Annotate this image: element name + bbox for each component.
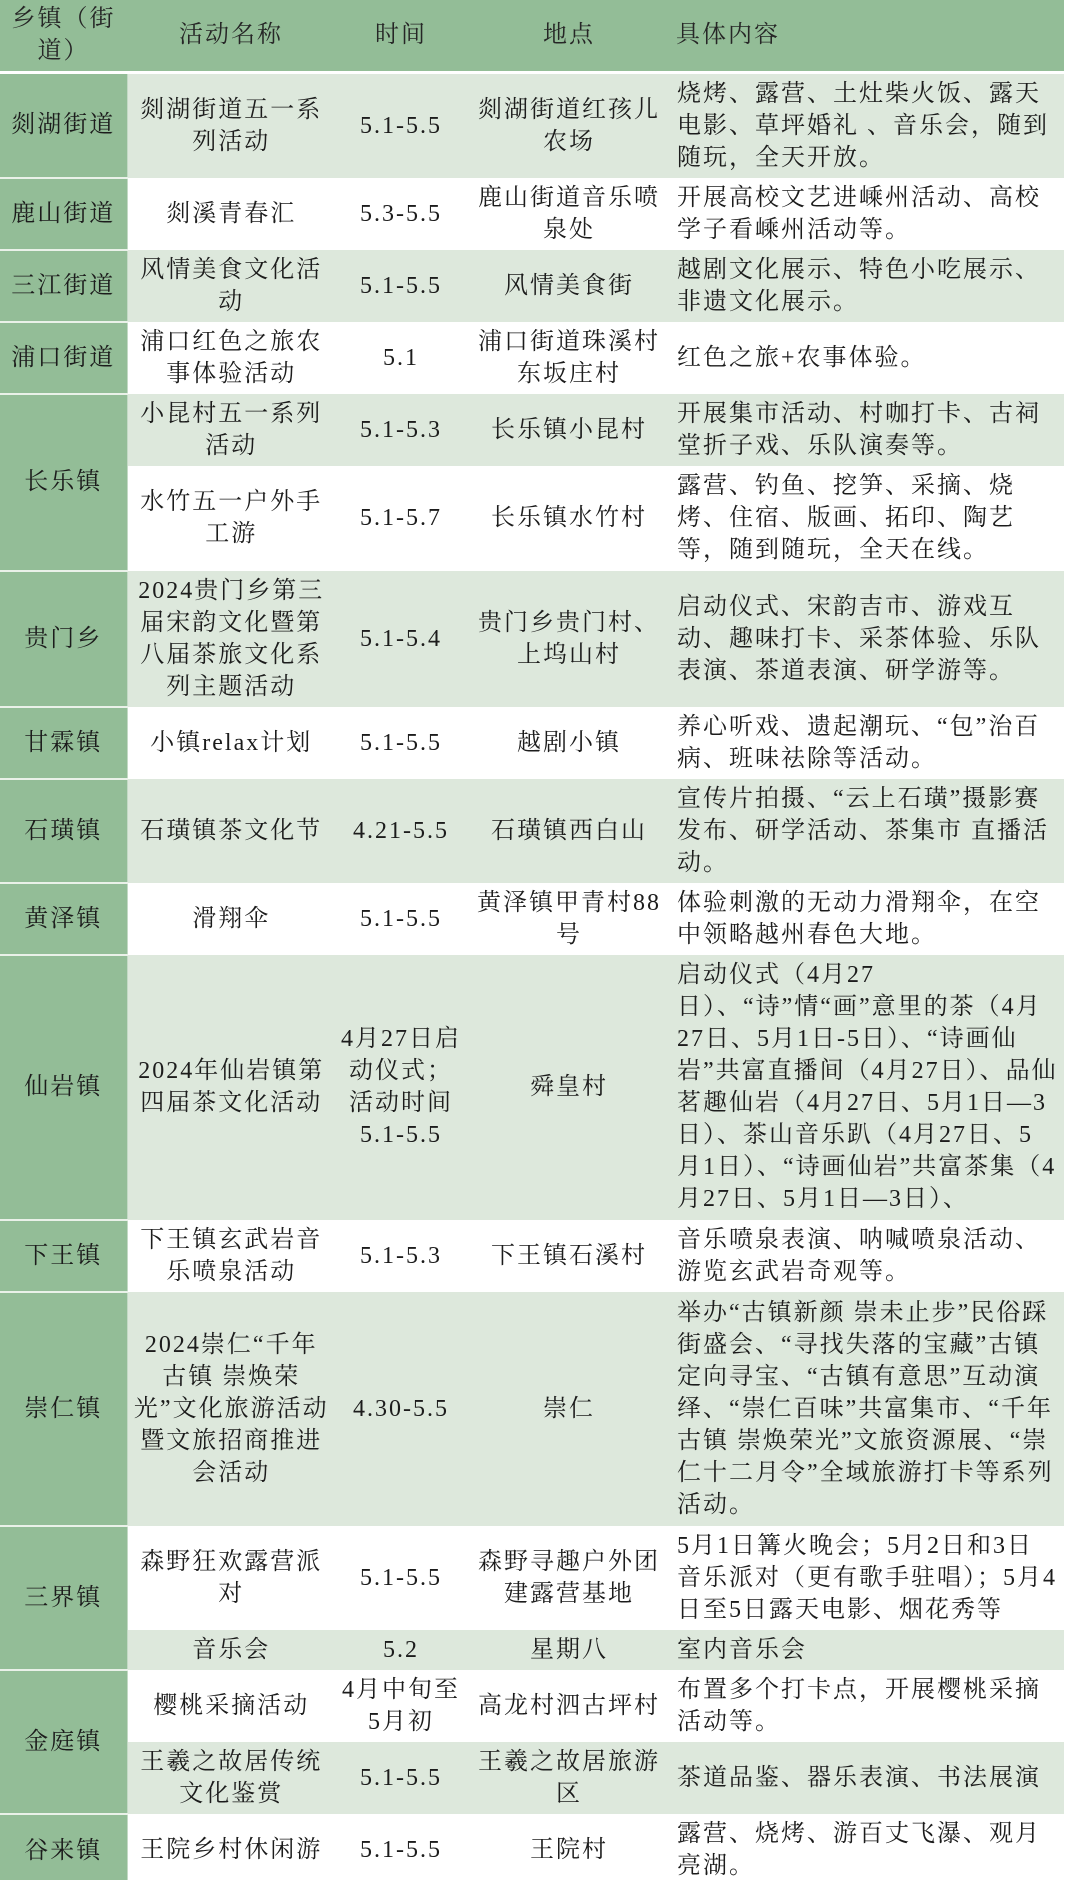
- activity-name-cell: 下王镇玄武岩音乐喷泉活动: [127, 1220, 335, 1292]
- content-cell: 启动仪式、宋韵吉市、游戏互动、趣味打卡、采茶体验、乐队表演、茶道表演、研学游等。: [671, 571, 1064, 707]
- town-cell: 三江街道: [0, 250, 127, 322]
- location-cell: 黄泽镇甲青村88号: [467, 883, 671, 955]
- activity-name-cell: 小昆村五一系列活动: [127, 394, 335, 466]
- time-cell: 4.21-5.5: [335, 779, 467, 883]
- table-row: 三界镇 森野狂欢露营派对 5.1-5.5 森野寻趣户外团建露营基地 5月1日篝火…: [0, 1526, 1064, 1630]
- location-cell: 越剧小镇: [467, 707, 671, 779]
- location-cell: 崇仁: [467, 1292, 671, 1526]
- time-cell: 5.1-5.5: [335, 1526, 467, 1630]
- town-cell: 鹿山街道: [0, 178, 127, 250]
- location-cell: 舜皇村: [467, 955, 671, 1220]
- time-cell: 5.1-5.7: [335, 466, 467, 571]
- time-cell: 5.1-5.3: [335, 394, 467, 466]
- activity-name-cell: 2024年仙岩镇第四届茶文化活动: [127, 955, 335, 1220]
- table-row: 剡湖街道 剡湖街道五一系列活动 5.1-5.5 剡湖街道红孩儿农场 烧烤、露营、…: [0, 72, 1064, 178]
- table-row: 仙岩镇 2024年仙岩镇第四届茶文化活动 4月27日启动仪式；活动时间5.1-5…: [0, 955, 1064, 1220]
- table-row: 长乐镇 小昆村五一系列活动 5.1-5.3 长乐镇小昆村 开展集市活动、村咖打卡…: [0, 394, 1064, 466]
- activity-name-cell: 风情美食文化活动: [127, 250, 335, 322]
- content-cell: 5月1日篝火晚会；5月2日和3日音乐派对（更有歌手驻唱）；5月4日至5日露天电影…: [671, 1526, 1064, 1630]
- table-row: 水竹五一户外手工游 5.1-5.7 长乐镇水竹村 露营、钓鱼、挖笋、采摘、烧烤、…: [0, 466, 1064, 571]
- content-cell: 红色之旅+农事体验。: [671, 322, 1064, 394]
- content-cell: 宣传片拍摄、“云上石璜”摄影赛发布、研学活动、茶集市 直播活动。: [671, 779, 1064, 883]
- time-cell: 5.1-5.3: [335, 1220, 467, 1292]
- activity-name-cell: 王院乡村休闲游: [127, 1814, 335, 1880]
- time-cell: 5.1-5.5: [335, 1814, 467, 1880]
- content-cell: 越剧文化展示、特色小吃展示、非遗文化展示。: [671, 250, 1064, 322]
- content-cell: 音乐喷泉表演、呐喊喷泉活动、游览玄武岩奇观等。: [671, 1220, 1064, 1292]
- location-cell: 浦口街道珠溪村东坂庄村: [467, 322, 671, 394]
- town-cell: 谷来镇: [0, 1814, 127, 1880]
- time-cell: 4月27日启动仪式；活动时间5.1-5.5: [335, 955, 467, 1220]
- town-cell: 剡湖街道: [0, 72, 127, 178]
- activity-name-cell: 2024贵门乡第三届宋韵文化暨第八届茶旅文化系列主题活动: [127, 571, 335, 707]
- activity-name-cell: 剡溪青春汇: [127, 178, 335, 250]
- content-cell: 布置多个打卡点，开展樱桃采摘活动等。: [671, 1670, 1064, 1742]
- location-cell: 森野寻趣户外团建露营基地: [467, 1526, 671, 1630]
- location-cell: 高龙村泗古坪村: [467, 1670, 671, 1742]
- time-cell: 4月中旬至5月初: [335, 1670, 467, 1742]
- content-cell: 室内音乐会: [671, 1630, 1064, 1670]
- activity-name-cell: 王羲之故居传统文化鉴赏: [127, 1742, 335, 1814]
- time-cell: 5.2: [335, 1630, 467, 1670]
- activity-name-cell: 浦口红色之旅农事体验活动: [127, 322, 335, 394]
- location-cell: 剡湖街道红孩儿农场: [467, 72, 671, 178]
- header-activity-name: 活动名称: [127, 0, 335, 72]
- header-row: 乡镇（街道） 活动名称 时间 地点 具体内容: [0, 0, 1064, 72]
- location-cell: 石璜镇西白山: [467, 779, 671, 883]
- time-cell: 5.1-5.5: [335, 707, 467, 779]
- time-cell: 4.30-5.5: [335, 1292, 467, 1526]
- time-cell: 5.1-5.5: [335, 1742, 467, 1814]
- content-cell: 开展集市活动、村咖打卡、古祠堂折子戏、乐队演奏等。: [671, 394, 1064, 466]
- table-row: 贵门乡 2024贵门乡第三届宋韵文化暨第八届茶旅文化系列主题活动 5.1-5.4…: [0, 571, 1064, 707]
- location-cell: 贵门乡贵门村、上坞山村: [467, 571, 671, 707]
- location-cell: 风情美食街: [467, 250, 671, 322]
- location-cell: 长乐镇小昆村: [467, 394, 671, 466]
- header-location: 地点: [467, 0, 671, 72]
- location-cell: 星期八: [467, 1630, 671, 1670]
- town-cell: 黄泽镇: [0, 883, 127, 955]
- town-cell: 仙岩镇: [0, 955, 127, 1220]
- table-row: 石璜镇 石璜镇茶文化节 4.21-5.5 石璜镇西白山 宣传片拍摄、“云上石璜”…: [0, 779, 1064, 883]
- town-cell: 石璜镇: [0, 779, 127, 883]
- table-row: 金庭镇 樱桃采摘活动 4月中旬至5月初 高龙村泗古坪村 布置多个打卡点，开展樱桃…: [0, 1670, 1064, 1742]
- table-row: 下王镇 下王镇玄武岩音乐喷泉活动 5.1-5.3 下王镇石溪村 音乐喷泉表演、呐…: [0, 1220, 1064, 1292]
- header-town: 乡镇（街道）: [0, 0, 127, 72]
- town-cell: 下王镇: [0, 1220, 127, 1292]
- content-cell: 茶道品鉴、器乐表演、书法展演: [671, 1742, 1064, 1814]
- town-cell: 崇仁镇: [0, 1292, 127, 1526]
- content-cell: 启动仪式（4月27日）、“诗”情“画”意里的茶（4月27日、5月1日-5日）、“…: [671, 955, 1064, 1220]
- table-row: 鹿山街道 剡溪青春汇 5.3-5.5 鹿山街道音乐喷泉处 开展高校文艺进嵊州活动…: [0, 178, 1064, 250]
- time-cell: 5.1-5.5: [335, 72, 467, 178]
- table-row: 谷来镇 王院乡村休闲游 5.1-5.5 王院村 露营、烧烤、游百丈飞瀑、观月亮湖…: [0, 1814, 1064, 1880]
- content-cell: 露营、钓鱼、挖笋、采摘、烧烤、住宿、版画、拓印、陶艺等，随到随玩，全天在线。: [671, 466, 1064, 571]
- activity-name-cell: 森野狂欢露营派对: [127, 1526, 335, 1630]
- activity-name-cell: 樱桃采摘活动: [127, 1670, 335, 1742]
- table-row: 浦口街道 浦口红色之旅农事体验活动 5.1 浦口街道珠溪村东坂庄村 红色之旅+农…: [0, 322, 1064, 394]
- location-cell: 王羲之故居旅游区: [467, 1742, 671, 1814]
- content-cell: 体验刺激的无动力滑翔伞，在空中领略越州春色大地。: [671, 883, 1064, 955]
- activity-name-cell: 滑翔伞: [127, 883, 335, 955]
- table-row: 崇仁镇 2024崇仁“千年古镇 崇焕荣光”文化旅游活动暨文旅招商推进会活动 4.…: [0, 1292, 1064, 1526]
- town-cell: 金庭镇: [0, 1670, 127, 1814]
- activities-table: 乡镇（街道） 活动名称 时间 地点 具体内容 剡湖街道 剡湖街道五一系列活动 5…: [0, 0, 1064, 1880]
- activity-name-cell: 剡湖街道五一系列活动: [127, 72, 335, 178]
- town-cell: 浦口街道: [0, 322, 127, 394]
- location-cell: 长乐镇水竹村: [467, 466, 671, 571]
- location-cell: 鹿山街道音乐喷泉处: [467, 178, 671, 250]
- content-cell: 举办“古镇新颜 崇未止步”民俗踩街盛会、“寻找失落的宝藏”古镇定向寻宝、“古镇有…: [671, 1292, 1064, 1526]
- content-cell: 开展高校文艺进嵊州活动、高校学子看嵊州活动等。: [671, 178, 1064, 250]
- activity-name-cell: 音乐会: [127, 1630, 335, 1670]
- content-cell: 露营、烧烤、游百丈飞瀑、观月亮湖。: [671, 1814, 1064, 1880]
- town-cell: 三界镇: [0, 1526, 127, 1670]
- time-cell: 5.1-5.5: [335, 250, 467, 322]
- activity-name-cell: 小镇relax计划: [127, 707, 335, 779]
- activity-name-cell: 石璜镇茶文化节: [127, 779, 335, 883]
- location-cell: 下王镇石溪村: [467, 1220, 671, 1292]
- time-cell: 5.1: [335, 322, 467, 394]
- activity-name-cell: 水竹五一户外手工游: [127, 466, 335, 571]
- town-cell: 贵门乡: [0, 571, 127, 707]
- table-row: 黄泽镇 滑翔伞 5.1-5.5 黄泽镇甲青村88号 体验刺激的无动力滑翔伞，在空…: [0, 883, 1064, 955]
- table-row: 王羲之故居传统文化鉴赏 5.1-5.5 王羲之故居旅游区 茶道品鉴、器乐表演、书…: [0, 1742, 1064, 1814]
- time-cell: 5.1-5.4: [335, 571, 467, 707]
- town-cell: 甘霖镇: [0, 707, 127, 779]
- header-content: 具体内容: [671, 0, 1064, 72]
- table-row: 三江街道 风情美食文化活动 5.1-5.5 风情美食街 越剧文化展示、特色小吃展…: [0, 250, 1064, 322]
- table-row: 音乐会 5.2 星期八 室内音乐会: [0, 1630, 1064, 1670]
- time-cell: 5.3-5.5: [335, 178, 467, 250]
- table-row: 甘霖镇 小镇relax计划 5.1-5.5 越剧小镇 养心听戏、遗起潮玩、“包”…: [0, 707, 1064, 779]
- town-cell: 长乐镇: [0, 394, 127, 571]
- content-cell: 烧烤、露营、土灶柴火饭、露天电影、草坪婚礼 、音乐会，随到随玩，全天开放。: [671, 72, 1064, 178]
- content-cell: 养心听戏、遗起潮玩、“包”治百病、班味祛除等活动。: [671, 707, 1064, 779]
- header-time: 时间: [335, 0, 467, 72]
- activity-name-cell: 2024崇仁“千年古镇 崇焕荣光”文化旅游活动暨文旅招商推进会活动: [127, 1292, 335, 1526]
- location-cell: 王院村: [467, 1814, 671, 1880]
- time-cell: 5.1-5.5: [335, 883, 467, 955]
